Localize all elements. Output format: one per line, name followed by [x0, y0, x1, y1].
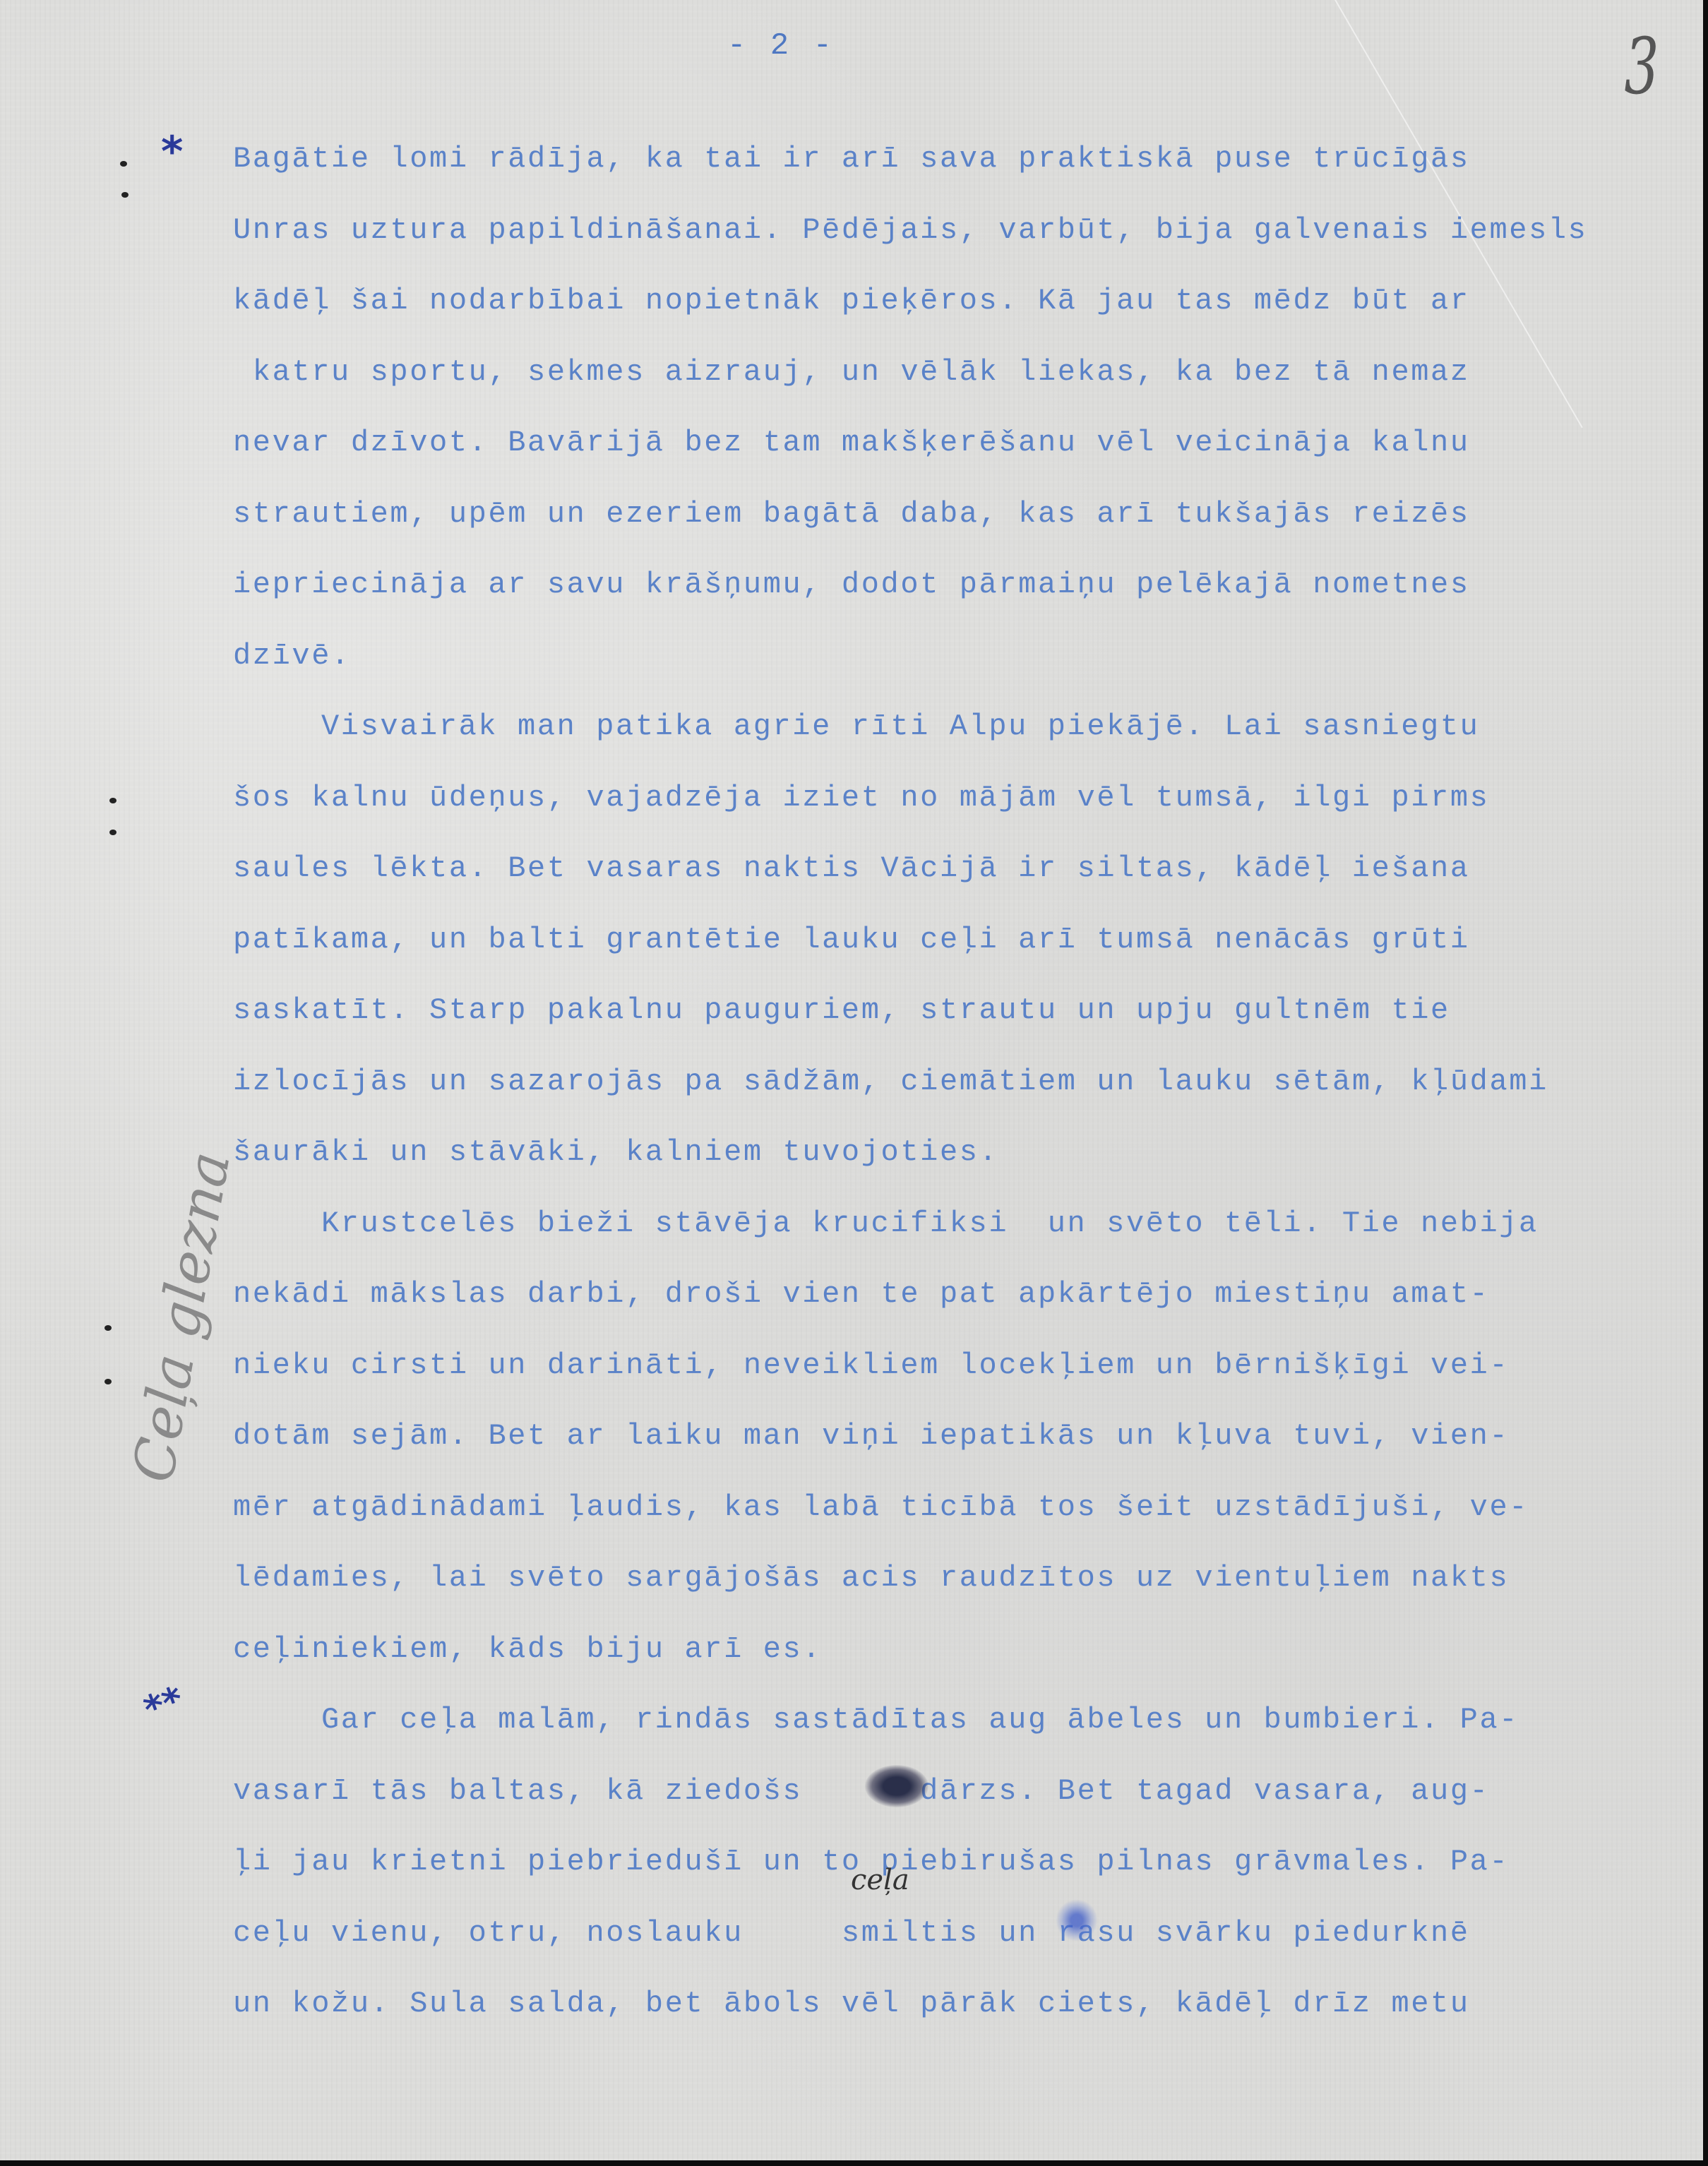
handwritten-insertion: ceļa [851, 1864, 909, 1896]
text-line: kādēļ šai nodarbībai nopietnāk pieķēros.… [233, 265, 1645, 337]
ink-scribble-deletion [865, 1765, 928, 1807]
text-line: šos kalnu ūdeņus, vajadzēja iziet no māj… [233, 762, 1645, 834]
paragraph-3: Krustcelēs bieži stāvēja krucifiksi un s… [233, 1188, 1645, 1685]
text-line: Unras uztura papildināšanai. Pēdējais, v… [233, 195, 1645, 266]
punch-hole [104, 1325, 112, 1331]
margin-pencil-note: Ceļa glezna [120, 1147, 243, 1487]
text-line: ceļiniekiem, kāds biju arī es. [233, 1614, 1645, 1685]
text-line: katru sportu, sekmes aizrauj, un vēlāk l… [233, 337, 1645, 408]
text-line: strautiem, upēm un ezeriem bagātā daba, … [233, 479, 1645, 550]
margin-double-asterisk-mark: ** [138, 1679, 189, 1732]
text-line: nieku cirsti un darināti, neveikliem loc… [233, 1330, 1645, 1401]
margin-asterisk-mark: * [161, 127, 183, 176]
document-page: - 2 - 3 * ** Ceļa glezna Bagātie lomi rā… [0, 0, 1703, 2160]
text-line: patīkama, un balti grantētie lauku ceļi … [233, 904, 1645, 976]
text-line: ļi jau krietni piebriedušī un to piebiru… [233, 1826, 1645, 1898]
text-line: Bagātie lomi rādīja, ka tai ir arī sava … [233, 124, 1645, 195]
text-line: Gar ceļa malām, rindās sastādītas aug āb… [233, 1685, 1645, 1756]
text-line: dotām sejām. Bet ar laiku man viņi iepat… [233, 1401, 1645, 1472]
text-line: nevar dzīvot. Bavārijā bez tam makšķerēš… [233, 407, 1645, 479]
text-line: ceļu vienu, otru, noslauku smiltis un ra… [233, 1898, 1645, 1969]
text-line: šaurāki un stāvāki, kalniem tuvojoties. [233, 1117, 1645, 1188]
text-line: vasarī tās baltas, kā ziedošs dārzs. Bet… [233, 1756, 1645, 1827]
punch-hole [121, 192, 129, 198]
punch-hole [109, 830, 117, 835]
punch-hole [109, 798, 117, 803]
text-line: un kožu. Sula salda, bet ābols vēl pārāk… [233, 1968, 1645, 2040]
punch-hole [104, 1379, 112, 1384]
text-line: izlocījās un sazarojās pa sādžām, ciemāt… [233, 1046, 1645, 1118]
text-line: lēdamies, lai svēto sargājošās acis raud… [233, 1543, 1645, 1614]
typewritten-body: Bagātie lomi rādīja, ka tai ir arī sava … [233, 124, 1645, 2040]
text-line: dzīvē. [233, 621, 1645, 692]
paragraph-2: Visvairāk man patika agrie rīti Alpu pie… [233, 691, 1645, 1188]
text-line: Visvairāk man patika agrie rīti Alpu pie… [233, 691, 1645, 762]
text-line: saskatīt. Starp pakalnu pauguriem, strau… [233, 975, 1645, 1046]
ink-smudge [1056, 1899, 1098, 1941]
punch-hole [120, 161, 127, 167]
page-number: - 2 - [727, 28, 835, 64]
text-line: mēr atgādinādami ļaudis, kas labā ticībā… [233, 1472, 1645, 1543]
text-line: Krustcelēs bieži stāvēja krucifiksi un s… [233, 1188, 1645, 1259]
paragraph-1: Bagātie lomi rādīja, ka tai ir arī sava … [233, 124, 1645, 691]
text-line: saules lēkta. Bet vasaras naktis Vācijā … [233, 833, 1645, 904]
text-line: nekādi mākslas darbi, droši vien te pat … [233, 1259, 1645, 1330]
paragraph-4: Gar ceļa malām, rindās sastādītas aug āb… [233, 1685, 1645, 2040]
text-line: iepriecināja ar savu krāšņumu, dodot pār… [233, 549, 1645, 621]
handwritten-folio-number: 3 [1625, 21, 1659, 112]
